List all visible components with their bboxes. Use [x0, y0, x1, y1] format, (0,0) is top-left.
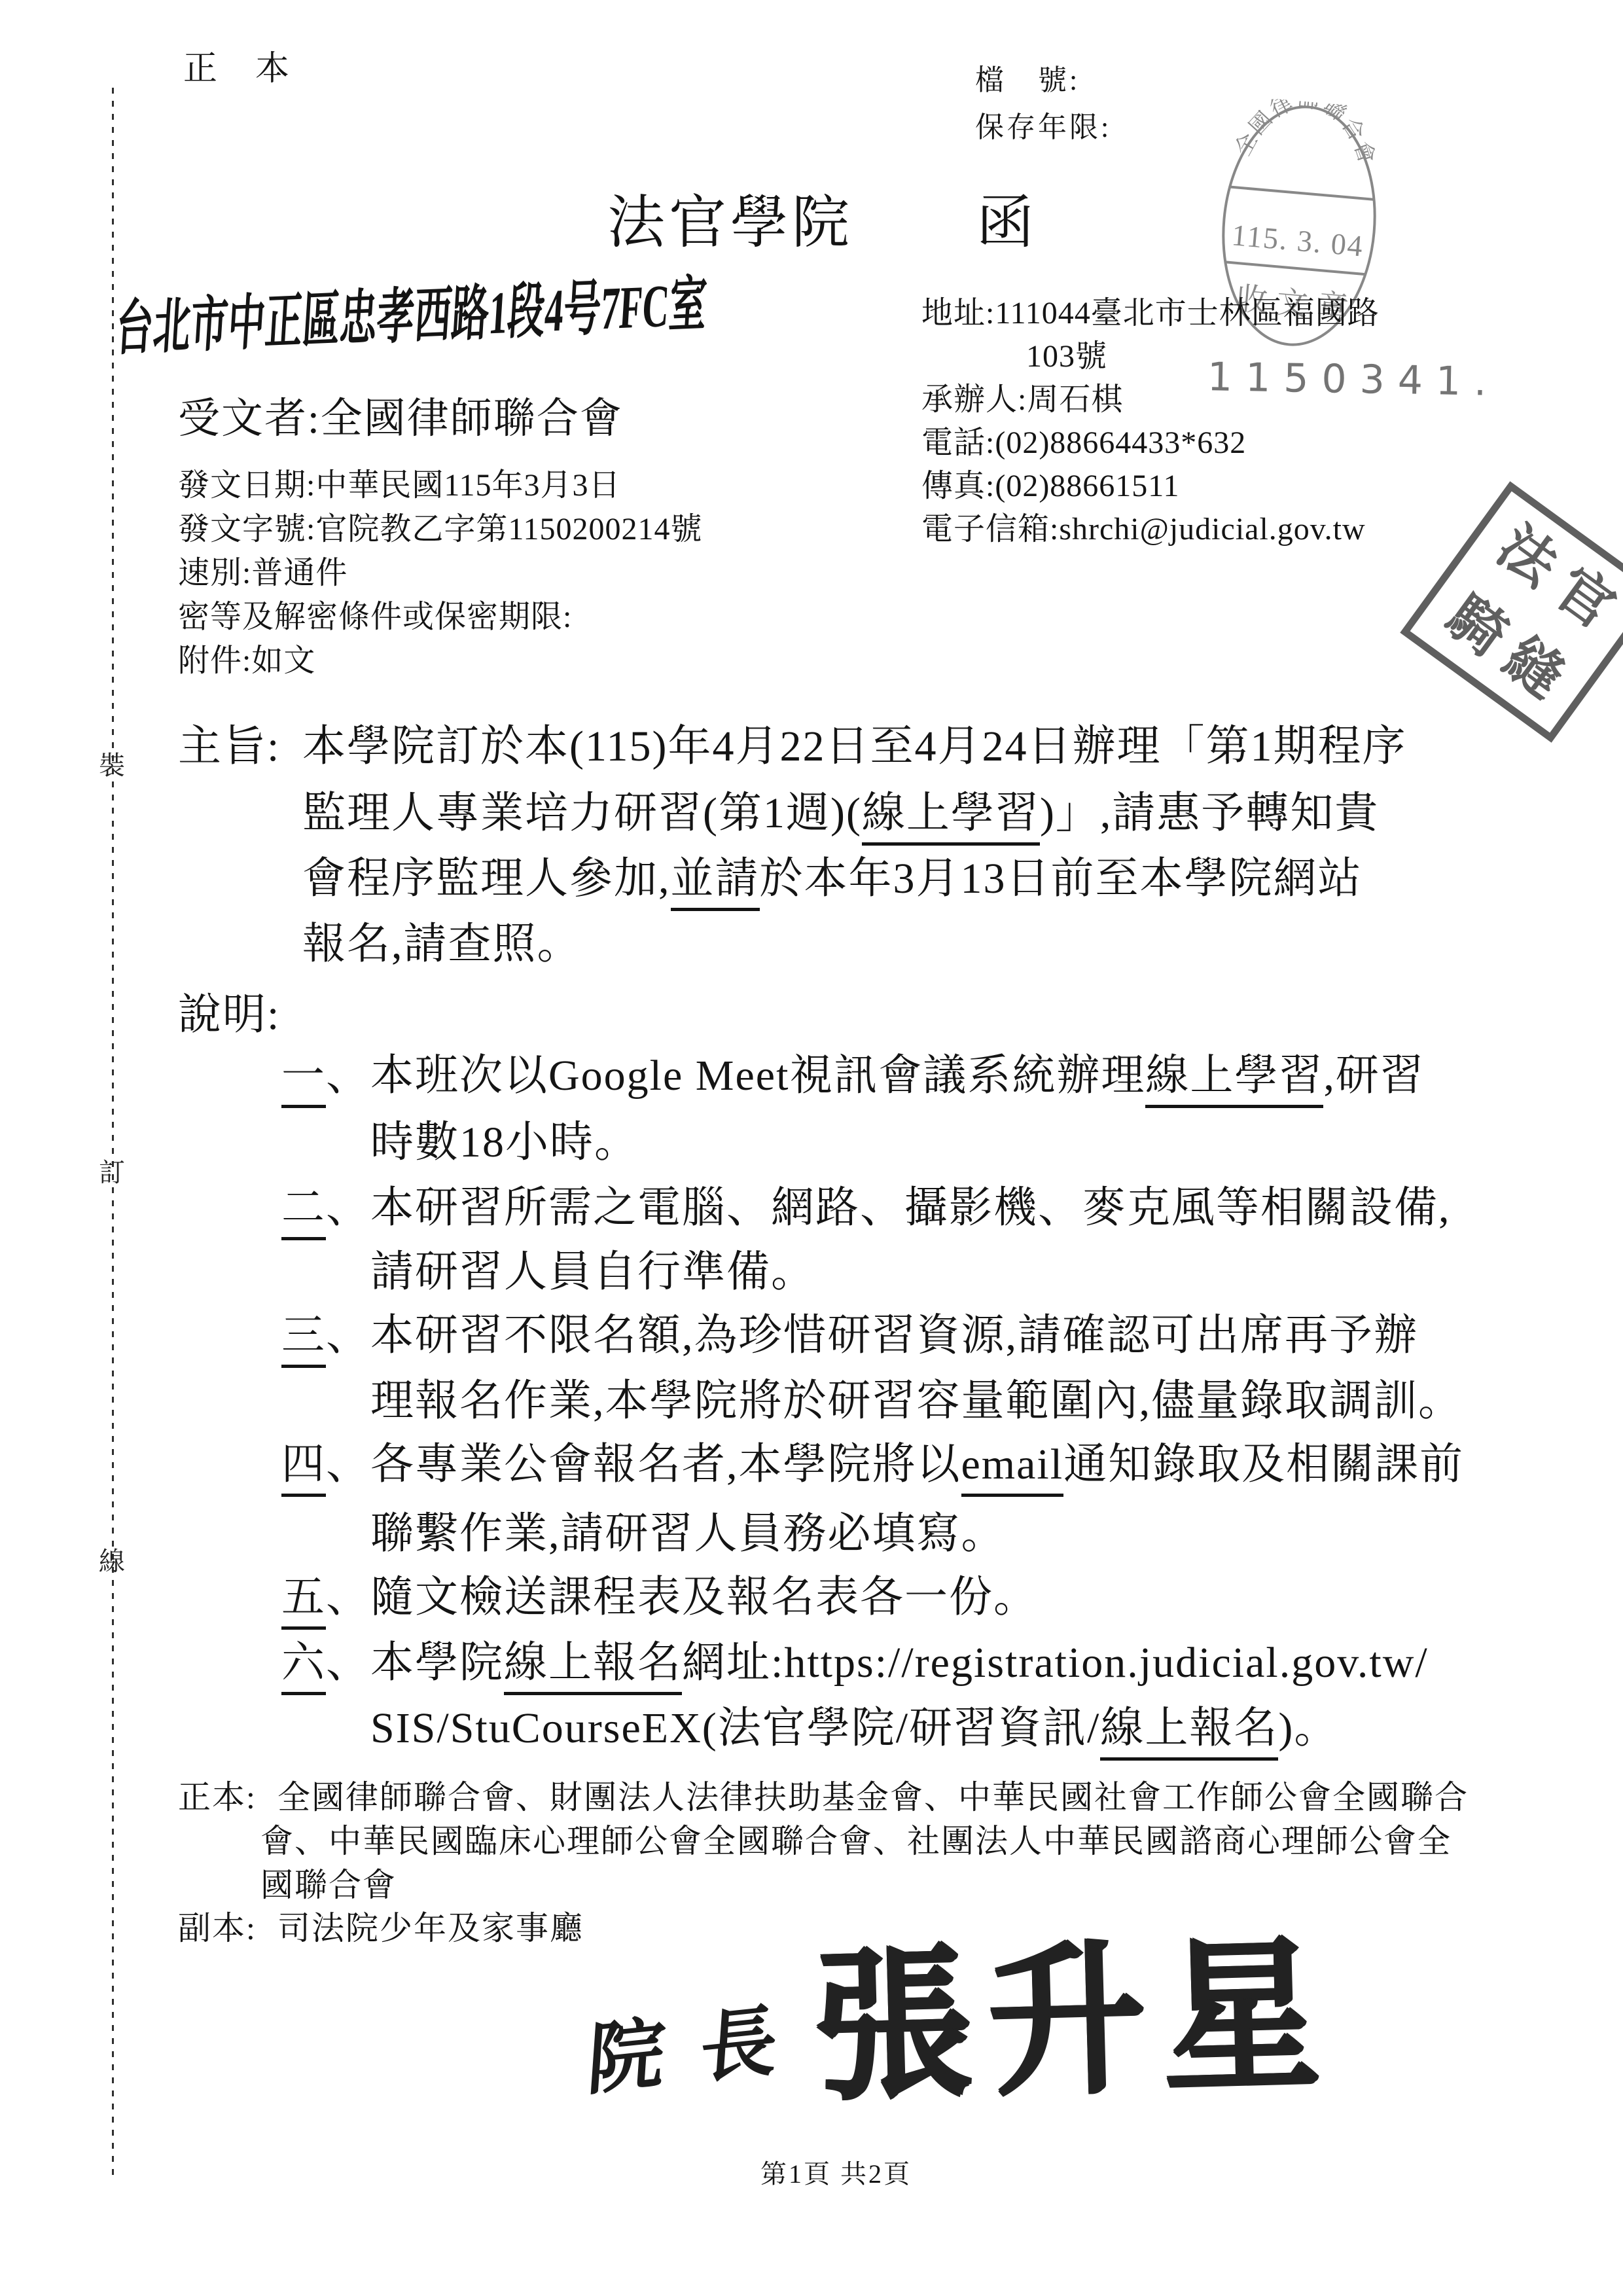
item-3-line-2: 理報名作業,本學院將於研習容量範圍內,儘量錄取調訓。	[370, 1365, 1463, 1427]
subject-label: 主旨:	[178, 711, 280, 773]
subject-line-3-seg: 會程序監理人參加,	[302, 855, 671, 903]
speed-level-line: 速別:普通件	[178, 551, 703, 595]
document-meta-block: 發文日期:中華民國115年3月3日 發文字號:官院教乙字第1150200214號…	[178, 463, 703, 683]
attachment-line: 附件:如文	[178, 639, 703, 683]
signature-name: 張升星	[811, 1933, 1338, 2110]
item-1-underlined: 線上學習	[1145, 1052, 1323, 1108]
item-1-number: 一、	[281, 1040, 370, 1102]
item-6-line-2-underlined: 線上報名	[1100, 1704, 1278, 1761]
cc-copy-label: 副本:	[178, 1902, 257, 1949]
retention-period-label: 保存年限:	[975, 103, 1111, 145]
item-3-separator: 、	[326, 1312, 370, 1359]
send-number-line: 發文字號:官院教乙字第1150200214號	[178, 507, 703, 551]
item-6-line-2: SIS/StuCourseEX(法官學院/研習資訊/線上報名)。	[370, 1693, 1338, 1755]
contact-address-line1: 地址:111044臺北市士林區福國路	[921, 292, 1380, 335]
handwritten-address: 台北市中正區忠孝西路1段4号7FC室	[114, 255, 710, 367]
item-4-line-1: 各專業公會報名者,本學院將以email通知錄取及相關課前	[370, 1429, 1464, 1491]
item-4-separator: 、	[326, 1441, 370, 1488]
subject-line-2-underlined: 線上學習	[862, 789, 1040, 846]
item-6-line-2-seg: )。	[1278, 1704, 1338, 1752]
item-6-separator: 、	[326, 1639, 370, 1687]
item-2-numeral: 二	[281, 1184, 326, 1240]
contact-email-line: 電子信箱:shrchi@judicial.gov.tw	[921, 508, 1380, 551]
recipient-line: 受文者:全國律師聯合會	[178, 385, 623, 445]
item-4-numeral: 四	[281, 1441, 326, 1497]
file-number-label: 檔 號:	[975, 56, 1080, 98]
item-4-seg: 通知錄取及相關課前	[1063, 1441, 1464, 1488]
original-copy-label: 正本:	[178, 1771, 257, 1818]
item-2-line-2: 請研習人員自行準備。	[370, 1236, 815, 1299]
original-copy-line-2: 會、中華民國臨床心理師公會全國聯合會、社團法人中華民國諮商心理師公會全	[260, 1815, 1452, 1862]
edge-seal: 法官 騎縫	[1400, 481, 1623, 742]
item-1-line-1: 本班次以Google Meet視訊會議系統辦理線上學習,研習	[370, 1040, 1425, 1102]
item-5-number: 五、	[281, 1562, 370, 1624]
item-6-seg: 本學院	[370, 1639, 504, 1687]
item-1-seg: ,研習	[1323, 1052, 1425, 1100]
subject-line-2-seg: 監理人專業培力研習(第1週)(	[302, 789, 862, 837]
item-1-numeral: 一	[281, 1052, 326, 1108]
explanation-label: 說明:	[178, 979, 280, 1041]
subject-line-2-seg: )」,請惠予轉知貴	[1040, 789, 1379, 837]
item-1-line-2: 時數18小時。	[370, 1107, 639, 1169]
item-6-numeral: 六	[281, 1639, 326, 1695]
item-5-line-1: 隨文檢送課程表及報名表各一份。	[370, 1562, 1038, 1624]
item-6-line-2-seg: SIS/StuCourseEX(法官學院/研習資訊/	[370, 1704, 1100, 1752]
item-6-line-1: 本學院線上報名網址:https://registration.judicial.…	[370, 1627, 1429, 1689]
item-3-line-1: 本研習不限名額,為珍惜研習資源,請確認可出席再予辦	[370, 1300, 1418, 1362]
subject-line-2: 監理人專業培力研習(第1週)(線上學習)」,請惠予轉知貴	[302, 778, 1379, 840]
subject-line-4: 報名,請查照。	[302, 908, 582, 971]
item-6-underlined: 線上報名	[504, 1639, 682, 1695]
page-number-footer: 第1頁 共2頁	[760, 2153, 912, 2191]
item-3-number: 三、	[281, 1300, 370, 1362]
stamp-org-arc-text: 全國律師聯合會	[1230, 95, 1385, 171]
contact-fax-line: 傳真:(02)88661511	[921, 465, 1380, 508]
contact-address-line2: 103號	[921, 335, 1380, 378]
subject-line-3: 會程序監理人參加,並請於本年3月13日前至本學院網站	[302, 843, 1363, 905]
item-2-number: 二、	[281, 1172, 370, 1234]
contact-person-line: 承辦人:周石棋	[921, 378, 1380, 422]
binding-mark-xian: 線	[99, 1541, 125, 1578]
item-1-seg: 本班次以Google Meet視訊會議系統辦理	[370, 1052, 1145, 1100]
document-title: 法官學院 函	[607, 177, 1038, 259]
item-6-number: 六、	[281, 1627, 370, 1689]
contact-phone-line: 電話:(02)88664433*632	[921, 422, 1380, 465]
cc-copy-value: 司法院少年及家事廳	[277, 1902, 584, 1949]
binding-dashed-line	[112, 88, 114, 2178]
stamp-date: 115. 3. 04	[1230, 218, 1365, 262]
binding-mark-ding: 訂	[99, 1152, 125, 1189]
item-4-number: 四、	[281, 1429, 370, 1491]
item-1-separator: 、	[326, 1052, 370, 1100]
scanned-official-letter: 裝 訂 線 正本 檔 號: 保存年限: 法官學院 函 全國律師聯合會 115. …	[0, 0, 1623, 2296]
security-level-line: 密等及解密條件或保密期限:	[178, 595, 703, 639]
send-date-line: 發文日期:中華民國115年3月3日	[178, 463, 703, 507]
subject-line-3-underlined: 並請	[671, 855, 760, 911]
copy-type-label: 正本	[183, 41, 327, 90]
item-4-underlined: email	[961, 1441, 1064, 1497]
subject-line-3-seg: 於本年3月13日前至本學院網站	[760, 855, 1363, 903]
original-copy-line-1: 全國律師聯合會、財團法人法律扶助基金會、中華民國社會工作師公會全國聯合	[277, 1771, 1469, 1818]
item-6-seg: 網址:https://registration.judicial.gov.tw/	[682, 1639, 1429, 1687]
item-2-separator: 、	[326, 1184, 370, 1232]
item-5-numeral: 五	[281, 1573, 326, 1630]
item-5-separator: 、	[326, 1573, 370, 1621]
subject-line-1: 本學院訂於本(115)年4月22日至4月24日辦理「第1期程序	[302, 711, 1407, 773]
signature-title: 院長	[584, 1974, 817, 2110]
original-copy-line-3: 國聯合會	[260, 1859, 397, 1906]
binding-mark-zhuang: 裝	[99, 745, 125, 782]
contact-block: 地址:111044臺北市士林區福國路 103號 承辦人:周石棋 電話:(02)8…	[921, 292, 1380, 551]
item-2-line-1: 本研習所需之電腦、網路、攝影機、麥克風等相關設備,	[370, 1172, 1451, 1234]
item-4-line-2: 聯繫作業,請研習人員務必填寫。	[370, 1498, 1006, 1560]
item-3-numeral: 三	[281, 1312, 326, 1368]
item-4-seg: 各專業公會報名者,本學院將以	[370, 1441, 961, 1488]
